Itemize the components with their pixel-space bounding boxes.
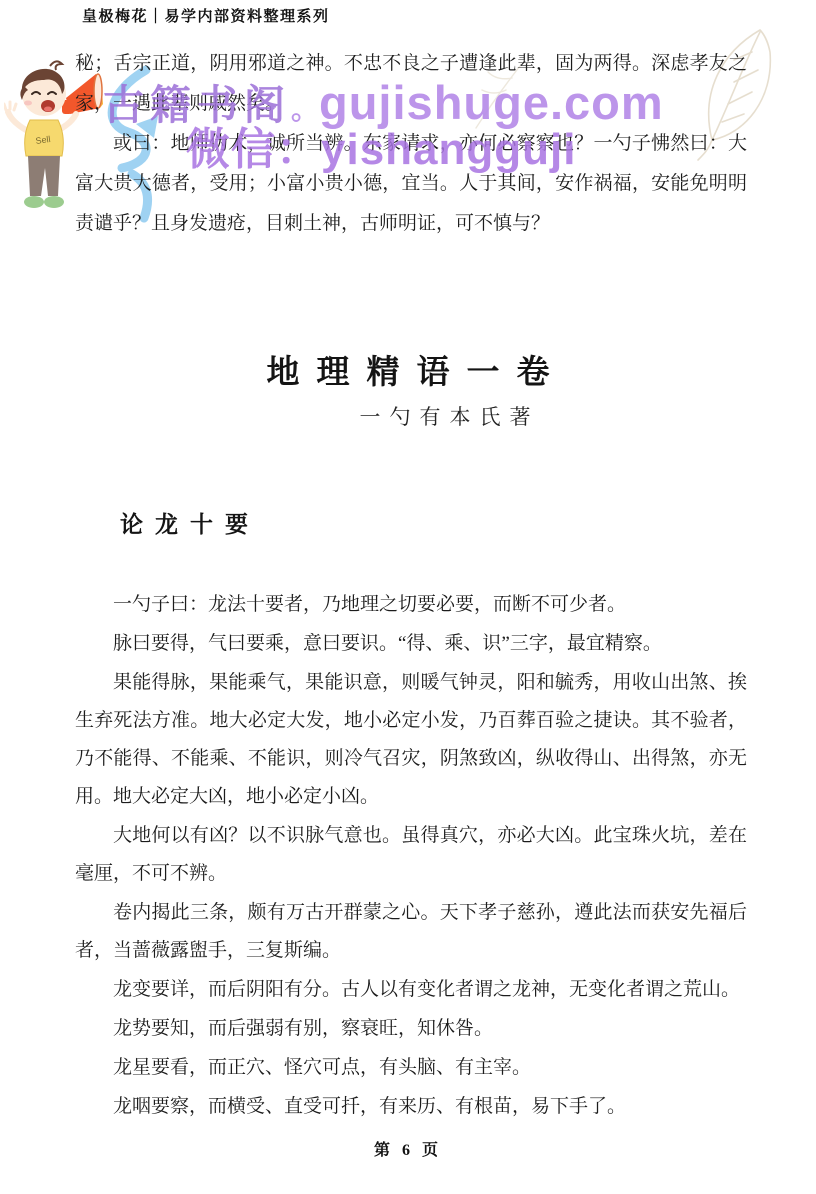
paragraph: 秘；舌宗正道，阴用邪道之神。不忠不良之子遭逢此辈，固为两得。深虑孝友之家，一遇此… [75, 44, 747, 124]
page-number: 第 6 页 [0, 1137, 816, 1160]
paragraph: 卷内揭此三条，颇有万古开群蒙之心。天下孝子慈孙，遵此法而获安先福后者，当蔷薇露盥… [75, 894, 747, 970]
paragraph: 或曰：地师伪术，诚所当辨。东家请求，亦何必察察也？一勺子怫然曰：大富大贵大德者，… [75, 124, 747, 244]
paragraph: 龙变要详，而后阴阳有分。古人以有变化者谓之龙神，无变化者谓之荒山。 [75, 971, 747, 1009]
paragraph: 大地何以有凶？以不识脉气意也。虽得真穴，亦必大凶。此宝珠火坑，差在毫厘，不可不辨… [75, 817, 747, 893]
scanned-book-page: 皇极梅花｜易学内部资料整理系列 [0, 0, 816, 1194]
paragraph: 龙星要看，而正穴、怪穴可点，有头脑、有主宰。 [75, 1049, 747, 1087]
paragraph: 脉曰要得，气曰要乘，意曰要识。“得、乘、识”三字，最宜精察。 [75, 625, 747, 663]
author-byline: 一勺有本氏著 [74, 401, 816, 431]
paragraph: 龙咽要察，而横受、直受可扦，有来历、有根苗，易下手了。 [75, 1088, 747, 1126]
paragraph: 果能得脉，果能乘气，果能识意，则暖气钟灵，阳和毓秀，用收山出煞、挨生弃死法方准。… [75, 664, 747, 816]
paragraph: 龙势要知，而后强弱有别，察衰旺，知休咎。 [75, 1010, 747, 1048]
mascot-shirt-label: Sell [35, 134, 51, 146]
series-header: 皇极梅花｜易学内部资料整理系列 [82, 5, 330, 26]
intro-text-block: 秘；舌宗正道，阴用邪道之神。不忠不良之子遭逢此辈，固为两得。深虑孝友之家，一遇此… [75, 44, 747, 244]
section-heading: 论龙十要 [120, 506, 260, 539]
paragraph: 一勺子曰：龙法十要者，乃地理之切要必要，而断不可少者。 [75, 586, 747, 624]
main-text-block: 一勺子曰：龙法十要者，乃地理之切要必要，而断不可少者。 脉曰要得，气曰要乘，意曰… [75, 586, 747, 1126]
chapter-title: 地理精语一卷 [0, 346, 816, 393]
